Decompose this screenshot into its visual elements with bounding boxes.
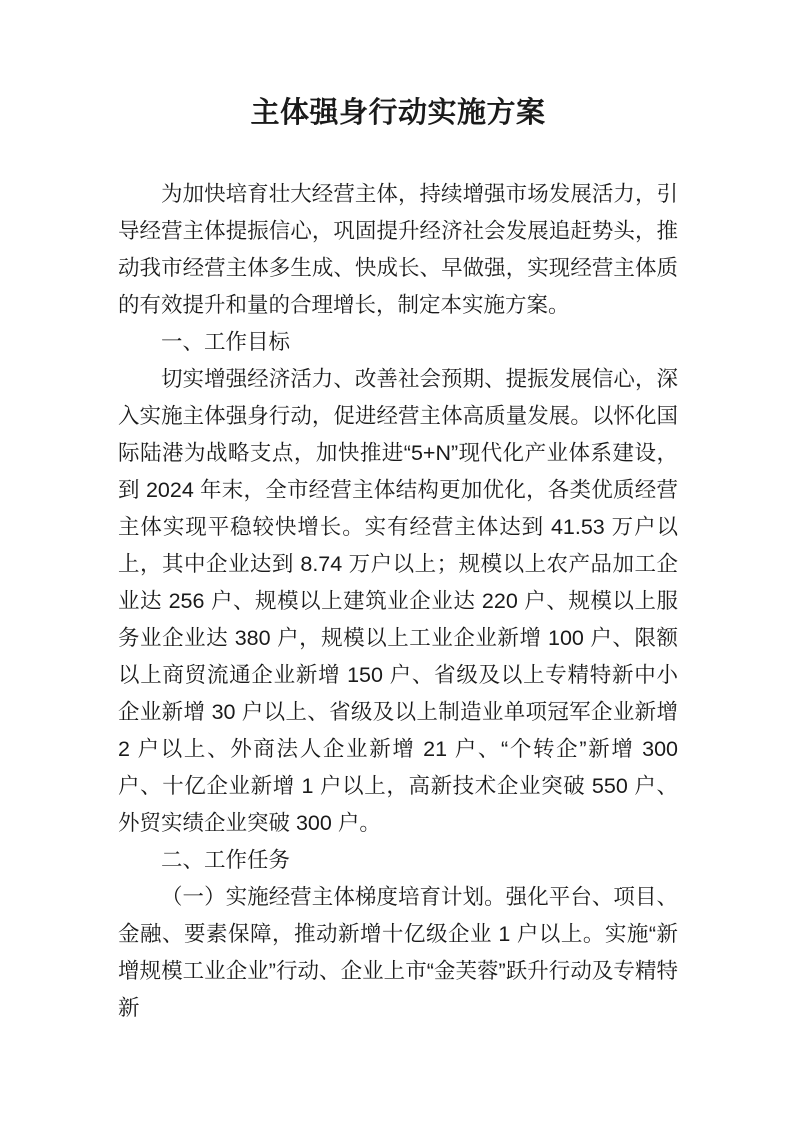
document-body: 为加快培育壮大经营主体，持续增强市场发展活力，引导经营主体提振信心，巩固提升经济… [118, 176, 678, 1027]
paragraph-intro: 为加快培育壮大经营主体，持续增强市场发展活力，引导经营主体提振信心，巩固提升经济… [118, 176, 678, 324]
section-heading-work-tasks: 二、工作任务 [118, 842, 678, 879]
document-title: 主体强身行动实施方案 [118, 92, 678, 134]
section-heading-work-goals: 一、工作目标 [118, 324, 678, 361]
document-page: 主体强身行动实施方案 为加快培育壮大经营主体，持续增强市场发展活力，引导经营主体… [0, 0, 793, 1122]
paragraph-work-goals: 切实增强经济活力、改善社会预期、提振发展信心，深入实施主体强身行动，促进经营主体… [118, 361, 678, 842]
paragraph-task-1-gradient-cultivation: （一）实施经营主体梯度培育计划。强化平台、项目、金融、要素保障，推动新增十亿级企… [118, 879, 678, 1027]
